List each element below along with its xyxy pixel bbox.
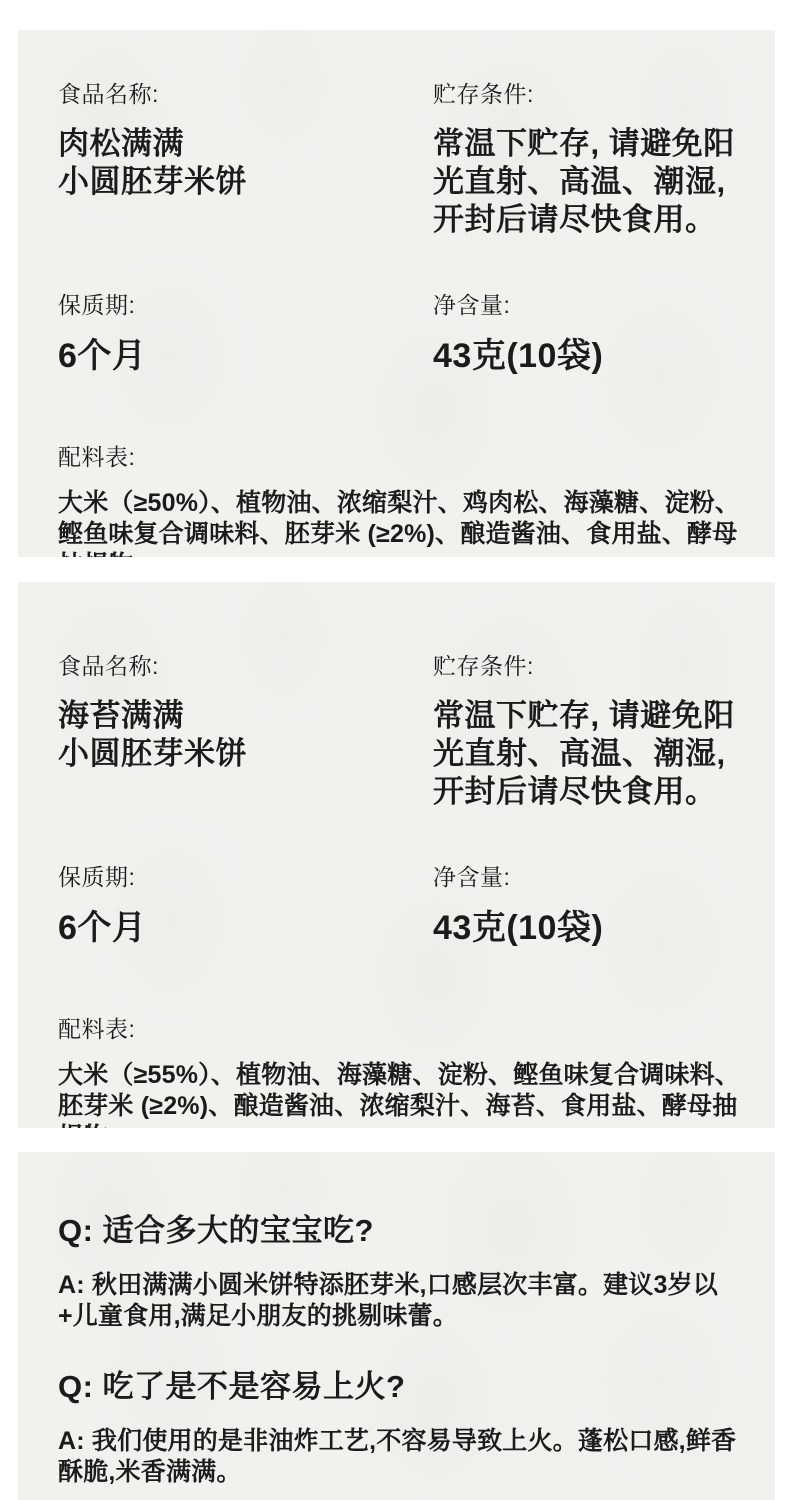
shelf-life-label: 保质期: (58, 859, 433, 892)
storage-label: 贮存条件: (433, 648, 759, 681)
food-name-label: 食品名称: (58, 648, 433, 681)
storage-value: 常温下贮存, 请避免阳光直射、高温、潮湿, 开封后请尽快食用。 (433, 125, 759, 239)
product-info-card-pork-floss: 食品名称: 肉松满满 小圆胚芽米饼 贮存条件: 常温下贮存, 请避免阳光直射、高… (18, 30, 775, 557)
food-name-field: 食品名称: 肉松满满 小圆胚芽米饼 (58, 76, 433, 239)
faq-answer: A: 秋田满满小圆米饼特添胚芽米,口感层次丰富。建议3岁以+儿童食用,满足小朋友… (58, 1270, 747, 1332)
shelf-life-value: 6个月 (58, 336, 433, 377)
food-name-label: 食品名称: (58, 76, 433, 109)
info-row-name-storage: 食品名称: 海苔满满 小圆胚芽米饼 贮存条件: 常温下贮存, 请避免阳光直射、高… (58, 648, 759, 811)
shelf-life-value: 6个月 (58, 908, 433, 949)
storage-label: 贮存条件: (433, 76, 759, 109)
info-row-shelf-net: 保质期: 6个月 净含量: 43克(10袋) (58, 859, 759, 949)
faq-item: Q: 适合多大的宝宝吃? A: 秋田满满小圆米饼特添胚芽米,口感层次丰富。建议3… (58, 1212, 747, 1332)
net-content-field: 净含量: 43克(10袋) (433, 287, 759, 377)
ingredients-field: 配料表: 大米（≥55%）、植物油、海藻糖、淀粉、鲣鱼味复合调味料、胚芽米 (≥… (58, 1011, 759, 1128)
info-row-shelf-net: 保质期: 6个月 净含量: 43克(10袋) (58, 287, 759, 377)
faq-question: Q: 吃了是不是容易上火? (58, 1368, 747, 1406)
product-detail-page: 食品名称: 肉松满满 小圆胚芽米饼 贮存条件: 常温下贮存, 请避免阳光直射、高… (0, 0, 790, 1500)
info-row-name-storage: 食品名称: 肉松满满 小圆胚芽米饼 贮存条件: 常温下贮存, 请避免阳光直射、高… (58, 76, 759, 239)
product-info-card-seaweed: 食品名称: 海苔满满 小圆胚芽米饼 贮存条件: 常温下贮存, 请避免阳光直射、高… (18, 582, 775, 1128)
food-name-value: 肉松满满 小圆胚芽米饼 (58, 125, 433, 201)
food-name-value: 海苔满满 小圆胚芽米饼 (58, 697, 433, 773)
net-content-label: 净含量: (433, 859, 759, 892)
ingredients-text: 大米（≥55%）、植物油、海藻糖、淀粉、鲣鱼味复合调味料、胚芽米 (≥2%)、酿… (58, 1060, 747, 1128)
ingredients-label: 配料表: (58, 439, 747, 472)
net-content-label: 净含量: (433, 287, 759, 320)
net-content-field: 净含量: 43克(10袋) (433, 859, 759, 949)
faq-item: Q: 吃了是不是容易上火? A: 我们使用的是非油炸工艺,不容易导致上火。蓬松口… (58, 1368, 747, 1488)
storage-field: 贮存条件: 常温下贮存, 请避免阳光直射、高温、潮湿, 开封后请尽快食用。 (433, 76, 759, 239)
shelf-life-field: 保质期: 6个月 (58, 287, 433, 377)
ingredients-text: 大米（≥50%）、植物油、浓缩梨汁、鸡肉松、海藻糖、淀粉、鲣鱼味复合调味料、胚芽… (58, 488, 747, 557)
faq-card: Q: 适合多大的宝宝吃? A: 秋田满满小圆米饼特添胚芽米,口感层次丰富。建议3… (18, 1152, 775, 1500)
net-content-value: 43克(10袋) (433, 336, 759, 377)
net-content-value: 43克(10袋) (433, 908, 759, 949)
faq-answer: A: 我们使用的是非油炸工艺,不容易导致上火。蓬松口感,鲜香酥脆,米香满满。 (58, 1426, 747, 1488)
storage-value: 常温下贮存, 请避免阳光直射、高温、潮湿, 开封后请尽快食用。 (433, 697, 759, 811)
shelf-life-field: 保质期: 6个月 (58, 859, 433, 949)
ingredients-label: 配料表: (58, 1011, 747, 1044)
food-name-field: 食品名称: 海苔满满 小圆胚芽米饼 (58, 648, 433, 811)
storage-field: 贮存条件: 常温下贮存, 请避免阳光直射、高温、潮湿, 开封后请尽快食用。 (433, 648, 759, 811)
faq-question: Q: 适合多大的宝宝吃? (58, 1212, 747, 1250)
shelf-life-label: 保质期: (58, 287, 433, 320)
ingredients-field: 配料表: 大米（≥50%）、植物油、浓缩梨汁、鸡肉松、海藻糖、淀粉、鲣鱼味复合调… (58, 439, 759, 557)
